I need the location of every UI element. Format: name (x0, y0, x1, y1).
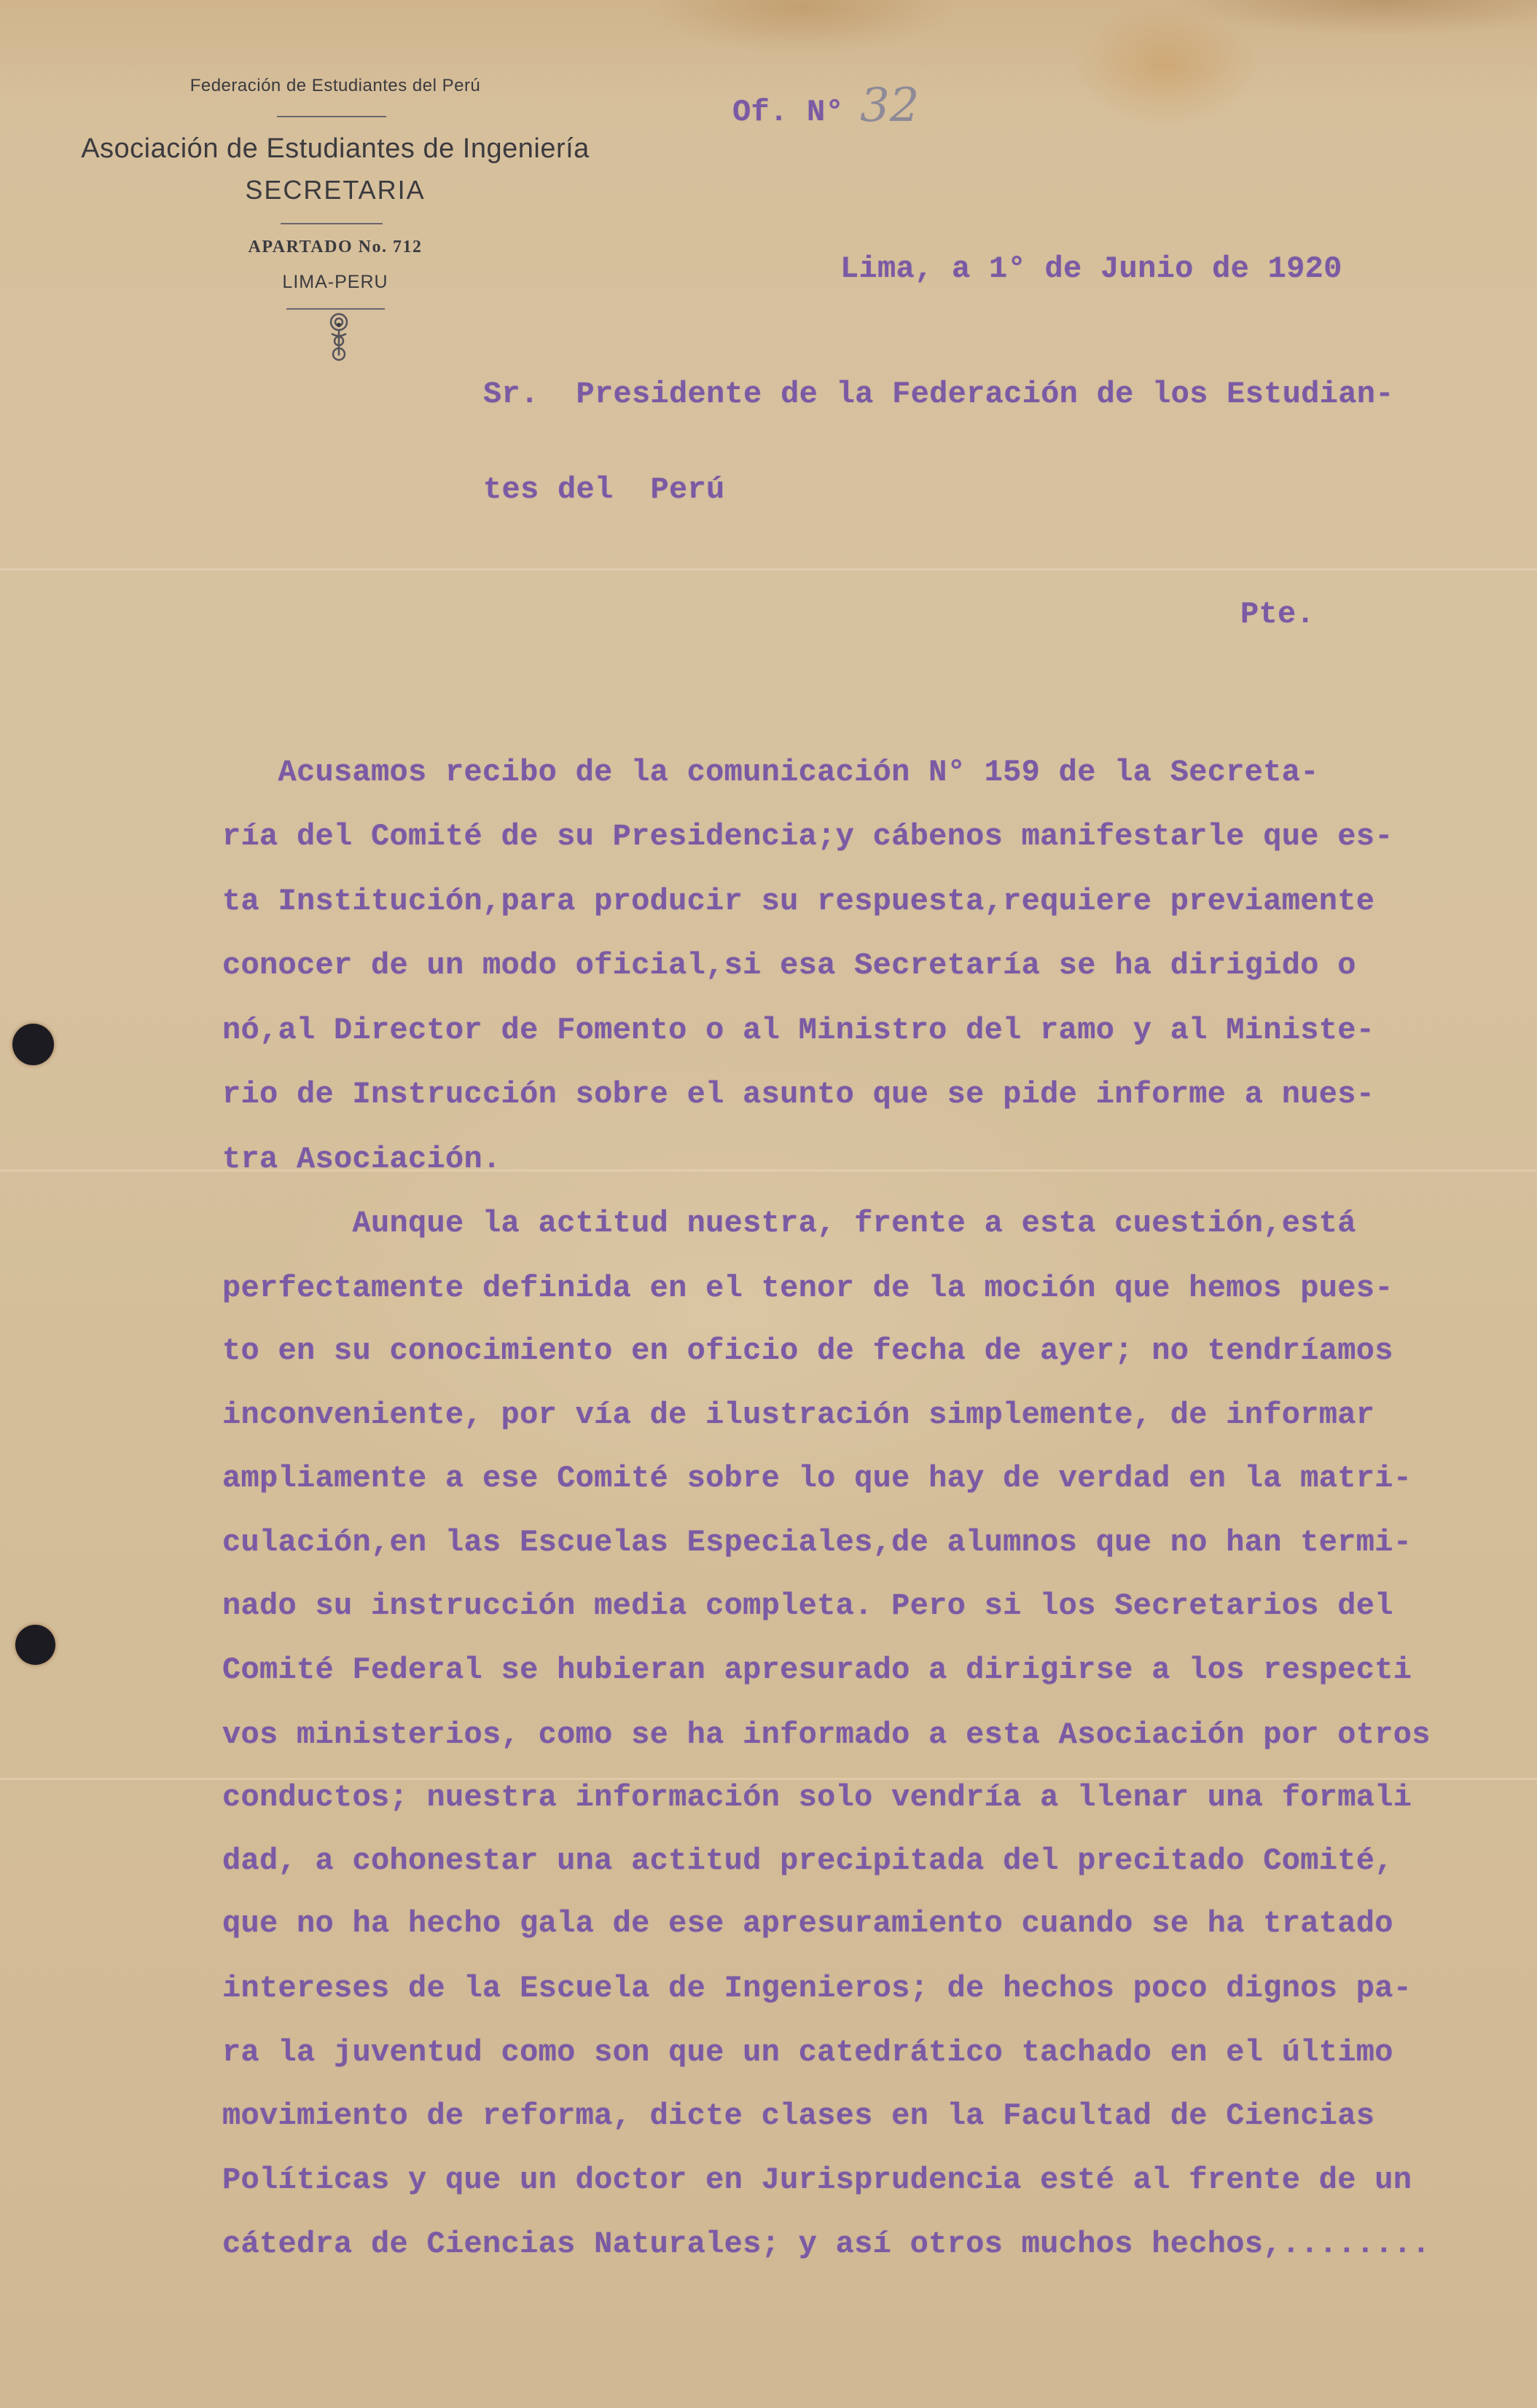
city: LIMA-PERU (226, 272, 445, 293)
body-line: Políticas y que un doctor en Jurispruden… (222, 2162, 1412, 2197)
body-line: rio de Instrucción sobre el asunto que s… (222, 1077, 1374, 1112)
body-line: perfectamente definida en el tenor de la… (222, 1271, 1393, 1306)
addressee-line-2: tes del Perú (483, 472, 725, 507)
body-line: ra la juventud como son que un catedráti… (222, 2035, 1393, 2070)
body-line: nó,al Director de Fomento o al Ministro … (222, 1013, 1374, 1048)
body-line: ría del Comité de su Presidencia;y cáben… (222, 819, 1393, 854)
body-line: intereses de la Escuela de Ingenieros; d… (222, 1971, 1412, 2006)
body-line: nado su instrucción media completa. Pero… (222, 1588, 1393, 1623)
body-line: conocer de un modo oficial,si esa Secret… (222, 948, 1356, 983)
body-line: inconveniente, por vía de ilustración si… (222, 1397, 1374, 1432)
body-line: ta Institución,para producir su respuest… (222, 884, 1374, 919)
letterhead-rule (286, 308, 385, 310)
association-name: Asociación de Estudiantes de Ingeniería (22, 133, 649, 165)
letterhead-rule (277, 116, 386, 117)
punch-hole (12, 1024, 54, 1065)
paper-fold (0, 568, 1537, 570)
punch-hole (15, 1625, 55, 1665)
floral-ornament-icon (321, 312, 357, 370)
body-line: tra Asociación. (222, 1142, 501, 1177)
body-line: ampliamente a ese Comité sobre lo que ha… (222, 1461, 1412, 1496)
body-line: Aunque la actitud nuestra, frente a esta… (222, 1206, 1356, 1241)
body-line: Acusamos recibo de la comunicación N° 15… (222, 755, 1319, 790)
reference-label: Of. N° (732, 95, 844, 130)
federation-name: Federación de Estudiantes del Perú (138, 76, 532, 96)
letterhead-rule (281, 223, 383, 224)
body-line: culación,en las Escuelas Especiales,de a… (222, 1525, 1412, 1560)
reference-number-handwritten: 32 (860, 79, 919, 133)
body-line: conductos; nuestra información solo vend… (222, 1780, 1412, 1815)
body-line: Comité Federal se hubieran apresurado a … (222, 1652, 1412, 1687)
body-line: que no ha hecho gala de ese apresuramien… (222, 1906, 1393, 1941)
date-line: Lima, a 1° de Junio de 1920 (840, 251, 1342, 286)
body-line: vos ministerios, como se ha informado a … (222, 1717, 1431, 1752)
body-line: dad, a cohonestar una actitud precipitad… (222, 1843, 1393, 1878)
body-line: movimiento de reforma, dicte clases en l… (222, 2098, 1374, 2133)
addressee-closing: Pte. (1240, 597, 1315, 632)
department-title: SECRETARIA (189, 175, 481, 205)
addressee-line-1: Sr. Presidente de la Federación de los E… (483, 377, 1394, 412)
po-box: APARTADO No. 712 (189, 238, 481, 257)
body-line: cátedra de Ciencias Naturales; y así otr… (222, 2227, 1431, 2262)
body-line: to en su conocimiento en oficio de fecha… (222, 1333, 1393, 1368)
